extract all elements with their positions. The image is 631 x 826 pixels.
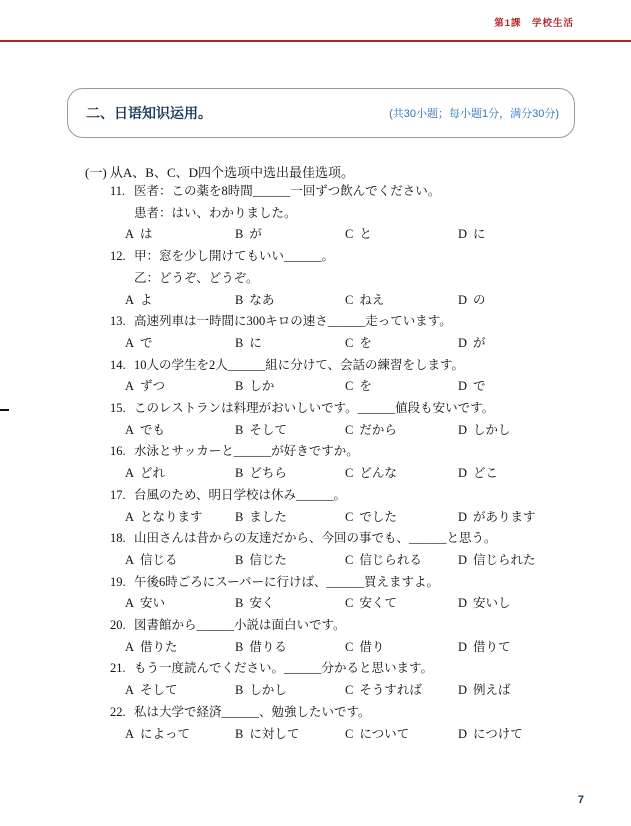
option-c: Cそうすれば bbox=[345, 680, 458, 702]
question-number: 19. bbox=[110, 572, 134, 594]
option-text: だから bbox=[359, 423, 397, 437]
options-row: AとなりますBましたCでしたDがあります bbox=[110, 507, 602, 529]
section-score-note: (共30小题；每小题1分，满分30分) bbox=[389, 105, 559, 121]
part-instruction: (一) 从A、B、C、D四个选项中选出最佳选项。 bbox=[85, 162, 354, 181]
option-letter: B bbox=[235, 683, 243, 697]
option-b: Bどちら bbox=[235, 463, 345, 485]
option-b: Bに対して bbox=[235, 724, 345, 746]
option-d: D安いし bbox=[458, 593, 602, 615]
option-d: Dどこ bbox=[458, 463, 602, 485]
question-first-line: 16.水泳とサッカーと______が好きですか。 bbox=[110, 441, 602, 463]
option-d: D例えば bbox=[458, 680, 602, 702]
option-a: Aそして bbox=[125, 680, 235, 702]
option-letter: D bbox=[458, 293, 467, 307]
option-text: が bbox=[473, 336, 486, 350]
option-b: Bしか bbox=[235, 376, 345, 398]
option-letter: C bbox=[345, 227, 353, 241]
option-letter: B bbox=[235, 510, 243, 524]
question-item: 14.10人の学生を2人______組に分けて、会話の練習をします。AずつBしか… bbox=[110, 355, 602, 398]
question-continuation-line: 患者：はい、わかりました。 bbox=[110, 203, 602, 225]
option-c: Cどんな bbox=[345, 463, 458, 485]
option-text: 例えば bbox=[473, 683, 511, 697]
questions-list: 11.医者：この薬を8時間______一回ずつ飲んでください。患者：はい、わかり… bbox=[110, 181, 602, 745]
option-text: に bbox=[473, 227, 486, 241]
option-c: Cと bbox=[345, 224, 458, 246]
option-text: 安い bbox=[140, 596, 165, 610]
question-text: 高速列車は一時間に300キロの速さ______走っています。 bbox=[134, 314, 452, 328]
question-item: 19.午後6時ごろにスーパーに行けば、______買えますよ。A安いB安くC安く… bbox=[110, 572, 602, 615]
question-item: 13.高速列車は一時間に300キロの速さ______走っています。AでBにCをD… bbox=[110, 311, 602, 354]
option-d: Dで bbox=[458, 376, 602, 398]
option-letter: D bbox=[458, 466, 467, 480]
question-text: 午後6時ごろにスーパーに行けば、______買えますよ。 bbox=[134, 575, 439, 589]
option-a: A信じる bbox=[125, 550, 235, 572]
options-row: A安いB安くC安くてD安いし bbox=[110, 593, 602, 615]
question-item: 20.図書館から______小説は面白いです。A借りたB借りるC借りD借りて bbox=[110, 615, 602, 658]
option-b: Bが bbox=[235, 224, 345, 246]
options-row: A信じるB信じたC信じられるD信じられた bbox=[110, 550, 602, 572]
option-text: があります bbox=[473, 510, 536, 524]
question-number: 18. bbox=[110, 528, 134, 550]
option-letter: D bbox=[458, 379, 467, 393]
option-b: B信じた bbox=[235, 550, 345, 572]
section-title: 二、日语知识运用。 bbox=[86, 103, 212, 123]
option-text: ねえ bbox=[359, 293, 384, 307]
options-row: A借りたB借りるC借りD借りて bbox=[110, 637, 602, 659]
option-letter: A bbox=[125, 553, 134, 567]
option-text: 安くて bbox=[359, 596, 397, 610]
option-letter: A bbox=[125, 379, 134, 393]
option-text: しかし bbox=[473, 423, 511, 437]
option-letter: A bbox=[125, 227, 134, 241]
question-number: 13. bbox=[110, 311, 134, 333]
options-row: AどれBどちらCどんなDどこ bbox=[110, 463, 602, 485]
question-item: 11.医者：この薬を8時間______一回ずつ飲んでください。患者：はい、わかり… bbox=[110, 181, 602, 246]
option-b: Bなあ bbox=[235, 290, 345, 312]
options-row: AそしてBしかしCそうすればD例えば bbox=[110, 680, 602, 702]
option-text: 借り bbox=[359, 640, 384, 654]
option-d: D信じられた bbox=[458, 550, 602, 572]
option-letter: D bbox=[458, 683, 467, 697]
question-text: 10人の学生を2人______組に分けて、会話の練習をします。 bbox=[134, 358, 464, 372]
option-text: ました bbox=[249, 510, 287, 524]
option-text: を bbox=[359, 336, 372, 350]
option-a: Aによって bbox=[125, 724, 235, 746]
option-letter: B bbox=[235, 227, 243, 241]
option-text: なあ bbox=[249, 293, 274, 307]
question-first-line: 14.10人の学生を2人______組に分けて、会話の練習をします。 bbox=[110, 355, 602, 377]
option-text: で bbox=[473, 379, 486, 393]
option-letter: C bbox=[345, 423, 353, 437]
option-letter: C bbox=[345, 683, 353, 697]
question-first-line: 11.医者：この薬を8時間______一回ずつ飲んでください。 bbox=[110, 181, 602, 203]
question-text: 私は大学で経済______、勉強したいです。 bbox=[134, 705, 371, 719]
option-c: C借り bbox=[345, 637, 458, 659]
option-b: Bしかし bbox=[235, 680, 345, 702]
question-first-line: 15.このレストランは料理がおいしいです。______値段も安いです。 bbox=[110, 398, 602, 420]
option-letter: D bbox=[458, 423, 467, 437]
question-number: 11. bbox=[110, 181, 134, 203]
question-item: 18.山田さんは昔からの友達だから、今回の事でも、______と思う。A信じるB… bbox=[110, 528, 602, 571]
option-c: Cを bbox=[345, 376, 458, 398]
option-d: Dに bbox=[458, 224, 602, 246]
option-d: D借りて bbox=[458, 637, 602, 659]
option-text: よ bbox=[140, 293, 153, 307]
option-text: 安いし bbox=[473, 596, 511, 610]
option-a: Aずつ bbox=[125, 376, 235, 398]
option-d: Dの bbox=[458, 290, 602, 312]
option-letter: D bbox=[458, 640, 467, 654]
option-text: どこ bbox=[473, 466, 498, 480]
question-first-line: 22.私は大学で経済______、勉強したいです。 bbox=[110, 702, 602, 724]
option-letter: A bbox=[125, 336, 134, 350]
option-text: となります bbox=[140, 510, 203, 524]
option-text: 借りる bbox=[249, 640, 287, 654]
option-letter: C bbox=[345, 596, 353, 610]
question-first-line: 19.午後6時ごろにスーパーに行けば、______買えますよ。 bbox=[110, 572, 602, 594]
option-letter: A bbox=[125, 727, 134, 741]
option-text: どんな bbox=[359, 466, 397, 480]
option-c: Cねえ bbox=[345, 290, 458, 312]
option-letter: D bbox=[458, 553, 467, 567]
question-number: 12. bbox=[110, 246, 134, 268]
options-row: AずつBしかCをDで bbox=[110, 376, 602, 398]
option-text: ずつ bbox=[140, 379, 165, 393]
options-row: AはBがCとDに bbox=[110, 224, 602, 246]
option-letter: C bbox=[345, 640, 353, 654]
option-text: しか bbox=[249, 379, 274, 393]
question-text: 図書館から______小説は面白いです。 bbox=[134, 618, 346, 632]
option-text: 信じた bbox=[249, 553, 287, 567]
option-c: Cについて bbox=[345, 724, 458, 746]
question-text: 台風のため、明日学校は休み______。 bbox=[134, 488, 346, 502]
question-item: 12.甲：窓を少し開けてもいい______。乙：どうぞ、どうぞ。AよBなあCねえ… bbox=[110, 246, 602, 311]
question-text: このレストランは料理がおいしいです。______値段も安いです。 bbox=[134, 401, 494, 415]
option-letter: D bbox=[458, 727, 467, 741]
option-letter: B bbox=[235, 727, 243, 741]
question-item: 22.私は大学で経済______、勉強したいです。AによってBに対してCについて… bbox=[110, 702, 602, 745]
option-text: そして bbox=[249, 423, 287, 437]
question-text: 甲：窓を少し開けてもいい______。 bbox=[134, 249, 334, 263]
option-letter: B bbox=[235, 553, 243, 567]
option-text: しかし bbox=[249, 683, 287, 697]
question-continuation-line: 乙：どうぞ、どうぞ。 bbox=[110, 268, 602, 290]
option-letter: A bbox=[125, 683, 134, 697]
option-a: Aでも bbox=[125, 420, 235, 442]
option-letter: D bbox=[458, 596, 467, 610]
page-number: 7 bbox=[578, 794, 584, 806]
option-letter: C bbox=[345, 510, 353, 524]
question-first-line: 13.高速列車は一時間に300キロの速さ______走っています。 bbox=[110, 311, 602, 333]
option-text: 信じられた bbox=[473, 553, 536, 567]
option-letter: C bbox=[345, 379, 353, 393]
question-text: 山田さんは昔からの友達だから、今回の事でも、______と思う。 bbox=[134, 531, 497, 545]
option-b: B借りる bbox=[235, 637, 345, 659]
question-number: 17. bbox=[110, 485, 134, 507]
question-item: 15.このレストランは料理がおいしいです。______値段も安いです。AでもBそ… bbox=[110, 398, 602, 441]
option-text: につけて bbox=[473, 727, 523, 741]
option-text: そうすれば bbox=[359, 683, 422, 697]
option-text: でも bbox=[140, 423, 165, 437]
option-d: Dがあります bbox=[458, 507, 602, 529]
option-a: Aどれ bbox=[125, 463, 235, 485]
option-text: と bbox=[359, 227, 372, 241]
question-item: 21.もう一度読んでください。______分かると思います。AそしてBしかしCそ… bbox=[110, 658, 602, 701]
option-text: によって bbox=[140, 727, 190, 741]
option-text: 信じられる bbox=[359, 553, 422, 567]
option-letter: C bbox=[345, 293, 353, 307]
question-number: 14. bbox=[110, 355, 134, 377]
option-letter: C bbox=[345, 336, 353, 350]
option-a: Aとなります bbox=[125, 507, 235, 529]
option-c: Cでした bbox=[345, 507, 458, 529]
option-letter: A bbox=[125, 293, 134, 307]
question-number: 22. bbox=[110, 702, 134, 724]
question-number: 20. bbox=[110, 615, 134, 637]
question-text: 水泳とサッカーと______が好きですか。 bbox=[134, 444, 359, 458]
option-text: でした bbox=[359, 510, 397, 524]
header-rule-line bbox=[0, 40, 631, 42]
question-number: 15. bbox=[110, 398, 134, 420]
option-a: A借りた bbox=[125, 637, 235, 659]
option-a: Aは bbox=[125, 224, 235, 246]
option-text: が bbox=[249, 227, 262, 241]
option-text: に bbox=[249, 336, 262, 350]
option-text: に対して bbox=[249, 727, 299, 741]
option-letter: C bbox=[345, 553, 353, 567]
option-letter: D bbox=[458, 510, 467, 524]
option-b: B安く bbox=[235, 593, 345, 615]
options-row: AによってBに対してCについてDにつけて bbox=[110, 724, 602, 746]
option-text: の bbox=[473, 293, 486, 307]
option-letter: D bbox=[458, 336, 467, 350]
question-text: もう一度読んでください。______分かると思います。 bbox=[134, 661, 433, 675]
option-text: について bbox=[359, 727, 409, 741]
option-letter: A bbox=[125, 596, 134, 610]
options-row: AでBにCをDが bbox=[110, 333, 602, 355]
option-a: A安い bbox=[125, 593, 235, 615]
option-letter: B bbox=[235, 640, 243, 654]
option-text: を bbox=[359, 379, 372, 393]
question-number: 16. bbox=[110, 441, 134, 463]
option-b: Bました bbox=[235, 507, 345, 529]
option-text: そして bbox=[140, 683, 178, 697]
question-first-line: 20.図書館から______小説は面白いです。 bbox=[110, 615, 602, 637]
option-letter: B bbox=[235, 423, 243, 437]
option-letter: B bbox=[235, 293, 243, 307]
option-letter: B bbox=[235, 336, 243, 350]
option-letter: C bbox=[345, 466, 353, 480]
option-letter: A bbox=[125, 423, 134, 437]
option-d: Dしかし bbox=[458, 420, 602, 442]
option-letter: B bbox=[235, 379, 243, 393]
option-c: C安くて bbox=[345, 593, 458, 615]
options-row: AでもBそしてCだからDしかし bbox=[110, 420, 602, 442]
question-first-line: 21.もう一度読んでください。______分かると思います。 bbox=[110, 658, 602, 680]
question-number: 21. bbox=[110, 658, 134, 680]
option-text: どれ bbox=[140, 466, 165, 480]
question-first-line: 18.山田さんは昔からの友達だから、今回の事でも、______と思う。 bbox=[110, 528, 602, 550]
option-letter: A bbox=[125, 640, 134, 654]
option-a: Aで bbox=[125, 333, 235, 355]
option-letter: A bbox=[125, 466, 134, 480]
option-letter: B bbox=[235, 596, 243, 610]
option-d: Dが bbox=[458, 333, 602, 355]
options-row: AよBなあCねえDの bbox=[110, 290, 602, 312]
question-item: 17.台風のため、明日学校は休み______。AとなりますBましたCでしたDがあ… bbox=[110, 485, 602, 528]
option-text: 信じる bbox=[140, 553, 178, 567]
option-text: で bbox=[140, 336, 153, 350]
option-c: C信じられる bbox=[345, 550, 458, 572]
chapter-header: 第1課 学校生活 bbox=[494, 15, 574, 29]
option-d: Dにつけて bbox=[458, 724, 602, 746]
option-text: 借りて bbox=[473, 640, 511, 654]
option-letter: C bbox=[345, 727, 353, 741]
question-item: 16.水泳とサッカーと______が好きですか。AどれBどちらCどんなDどこ bbox=[110, 441, 602, 484]
option-text: 借りた bbox=[140, 640, 178, 654]
option-a: Aよ bbox=[125, 290, 235, 312]
option-b: Bに bbox=[235, 333, 345, 355]
question-text: 医者：この薬を8時間______一回ずつ飲んでください。 bbox=[134, 184, 440, 198]
question-first-line: 12.甲：窓を少し開けてもいい______。 bbox=[110, 246, 602, 268]
question-first-line: 17.台風のため、明日学校は休み______。 bbox=[110, 485, 602, 507]
binding-crop-mark bbox=[0, 409, 9, 411]
option-letter: B bbox=[235, 466, 243, 480]
section-heading-box: 二、日语知识运用。 (共30小题；每小题1分，满分30分) bbox=[67, 88, 575, 138]
option-letter: A bbox=[125, 510, 134, 524]
option-text: は bbox=[140, 227, 153, 241]
option-letter: D bbox=[458, 227, 467, 241]
option-text: どちら bbox=[249, 466, 287, 480]
option-c: Cを bbox=[345, 333, 458, 355]
option-b: Bそして bbox=[235, 420, 345, 442]
option-text: 安く bbox=[249, 596, 274, 610]
option-c: Cだから bbox=[345, 420, 458, 442]
